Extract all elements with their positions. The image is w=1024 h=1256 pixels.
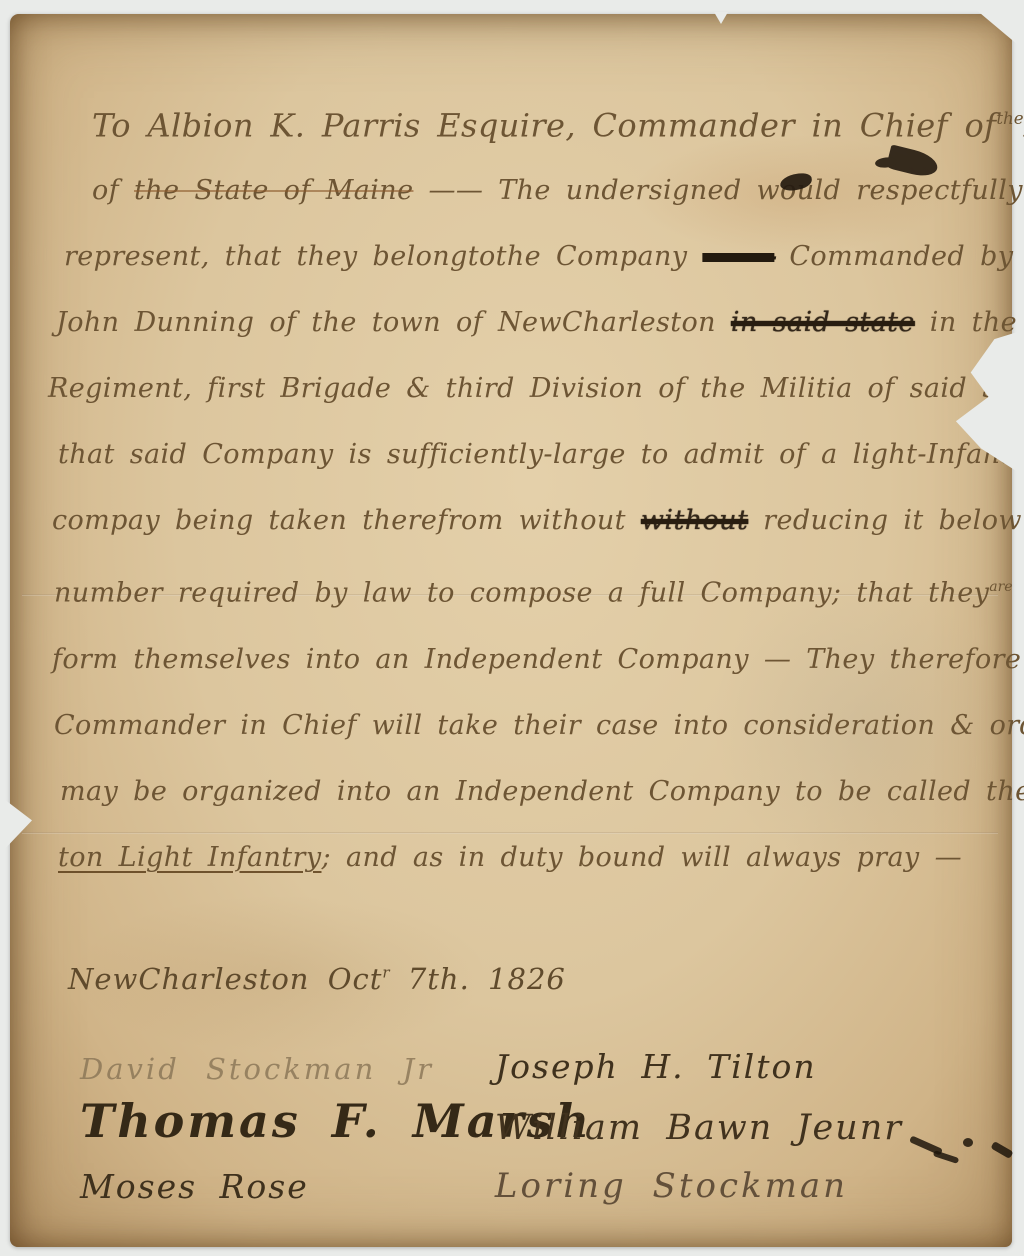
dateline: NewCharleston Octr 7th. 1826 xyxy=(68,962,566,996)
text-run: represent, that they belongtothe Company xyxy=(64,241,702,272)
text-run: To Albion K. Parris Esquire, Commander i… xyxy=(92,106,996,144)
text-run: ; and as in duty bound will always pray … xyxy=(322,842,962,873)
text-run: may be organized into an Independent Com… xyxy=(60,776,1024,807)
text-strike-light: the State of Maine xyxy=(134,175,413,206)
letter-line: ton Light Infantry; and as in duty bound… xyxy=(48,825,986,891)
signature-row: Thomas F. Marsh William Bawn Jeunr xyxy=(80,1086,982,1148)
text-run: —— The undersigned would respectfully re… xyxy=(413,175,1024,206)
letter-body: To Albion K. Parris Esquire, Commander i… xyxy=(48,86,986,891)
letter-line: that said Company is sufficiently-large … xyxy=(48,422,986,488)
letter-line: Commander in Chief will take their case … xyxy=(48,693,986,759)
signature-william-bawn: William Bawn Jeunr xyxy=(495,1108,903,1148)
letter-line: form themselves into an Independent Comp… xyxy=(48,627,986,693)
text-run: reducing it below the xyxy=(748,505,1024,536)
text-blot: ——— xyxy=(702,241,774,272)
signature-row: David Stockman Jr Joseph H. Tilton xyxy=(80,1030,982,1086)
text-run: Commanded by Captain xyxy=(774,241,1024,272)
letter-line: of the State of Maine —— The undersigned… xyxy=(48,158,986,224)
letter-line: John Dunning of the town of NewCharlesto… xyxy=(48,290,986,356)
document-page: To Albion K. Parris Esquire, Commander i… xyxy=(10,14,1012,1247)
signature-moses-rose: Moses Rose xyxy=(80,1167,309,1206)
text-run: form themselves into an Independent Comp… xyxy=(52,644,1024,675)
text-sup: the xyxy=(996,109,1023,128)
text-run: of xyxy=(92,175,134,206)
text-run: that said Company is sufficiently-large … xyxy=(58,439,1024,470)
text-strike-heavy: in said state xyxy=(731,307,915,338)
signature-joseph-tilton: Joseph H. Tilton xyxy=(495,1047,817,1086)
text-run: compay being taken therefrom without xyxy=(52,505,641,536)
text-run: Commander in Chief will take their case … xyxy=(54,710,1024,741)
letter-line: represent, that they belongtothe Company… xyxy=(48,224,986,290)
text-sup: r xyxy=(382,964,389,982)
letter-line: number required by law to compose a full… xyxy=(48,554,986,627)
text-run: desirous to xyxy=(1013,578,1024,609)
signature-loring-stockman: Loring Stockman xyxy=(495,1166,848,1206)
letter-line: To Albion K. Parris Esquire, Commander i… xyxy=(48,86,986,158)
text-run: Regiment, first Brigade & third Division… xyxy=(48,373,1024,404)
letter-line: may be organized into an Independent Com… xyxy=(48,759,986,825)
signature-david-stockman: David Stockman Jr xyxy=(80,1052,434,1086)
text-sup: are xyxy=(989,579,1012,595)
signature-row: Moses Rose Loring Stockman xyxy=(80,1148,982,1206)
text-underline: ton Light Infantry xyxy=(58,842,322,873)
text-run: number required by law to compose a full… xyxy=(54,578,989,609)
text-strike-heavy: without xyxy=(641,505,748,536)
letter-line: compay being taken therefrom without wit… xyxy=(48,488,986,554)
text-run: NewCharleston Oct xyxy=(68,962,382,996)
text-run: John Dunning of the town of NewCharlesto… xyxy=(56,307,731,338)
signature-block: David Stockman Jr Joseph H. Tilton Thoma… xyxy=(80,1030,982,1206)
text-run: in the third xyxy=(915,307,1024,338)
text-run: 7th. 1826 xyxy=(390,962,566,996)
letter-line: Regiment, first Brigade & third Division… xyxy=(48,356,986,422)
